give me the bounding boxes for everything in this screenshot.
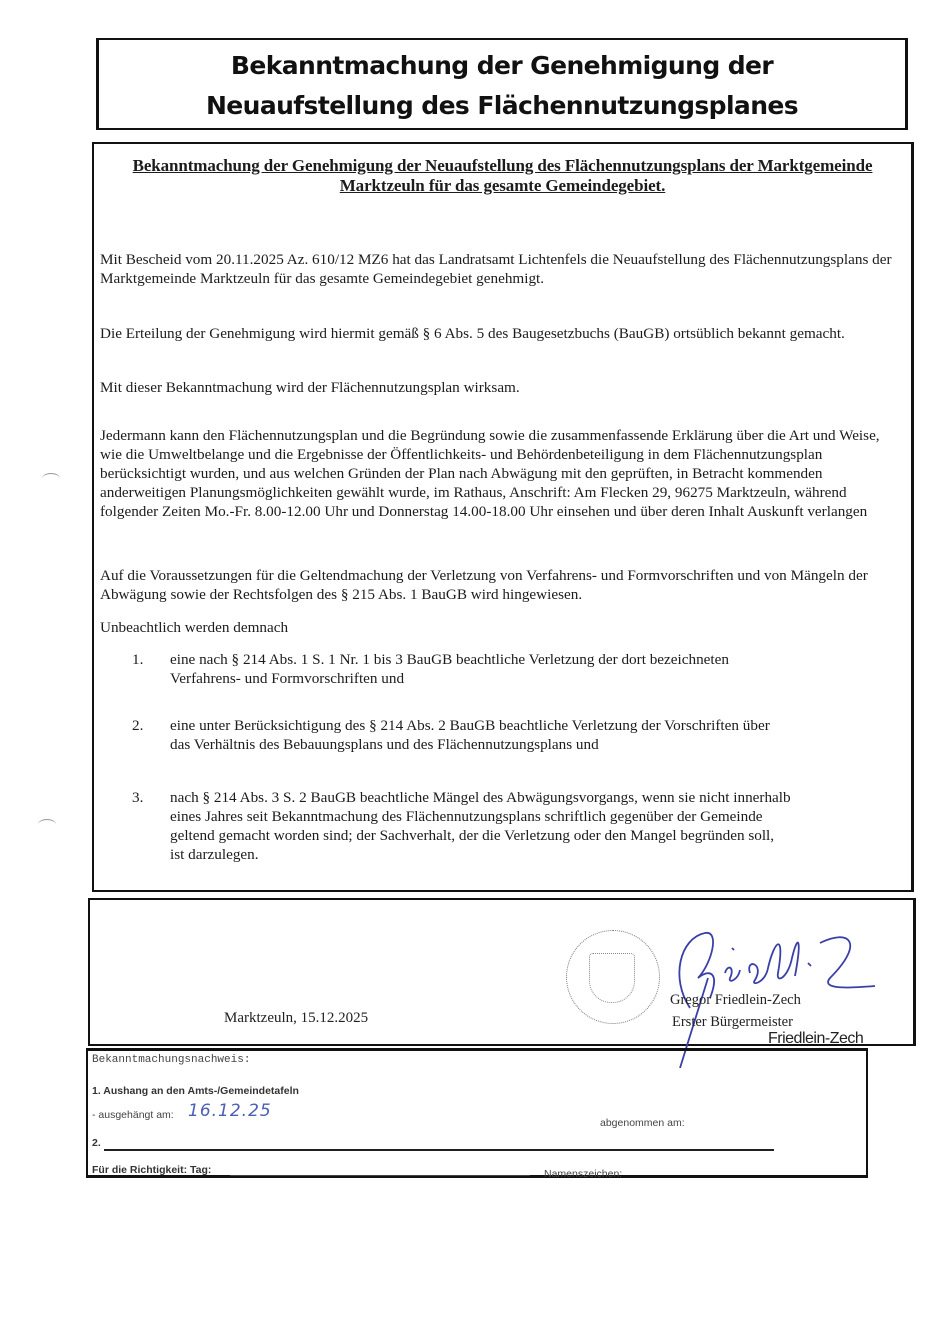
proof-item-2-label: 2. <box>92 1137 101 1149</box>
list-item-number: 2. <box>132 716 143 735</box>
signer-name-stamp: Friedlein-Zech <box>768 1030 863 1048</box>
punch-hole-mark-icon <box>42 473 60 484</box>
notice-heading: Bekanntmachung der Genehmigung der Neuau… <box>94 156 911 196</box>
document-title-box: Bekanntmachung der Genehmigung der Neuau… <box>96 38 908 130</box>
list-item-text: eine unter Berücksichtigung des § 214 Ab… <box>170 716 791 754</box>
paragraph-inspection: Jedermann kann den Flächennutzungsplan u… <box>100 426 897 521</box>
publication-proof-box: Bekanntmachungsnachweis: 1. Aushang an d… <box>86 1048 868 1178</box>
proof-item-1-label: 1. Aushang an den Amts-/Gemeindetafeln <box>92 1085 299 1097</box>
correctness-date-line <box>230 1175 530 1176</box>
posted-on-label: - ausgehängt am: <box>92 1109 174 1121</box>
paragraph-approval: Mit Bescheid vom 20.11.2025 Az. 610/12 M… <box>100 250 897 288</box>
list-item-text: nach § 214 Abs. 3 S. 2 BauGB beachtliche… <box>170 788 791 864</box>
signer-role: Erster Bürgermeister <box>672 1014 793 1031</box>
paragraph-effective: Mit dieser Bekanntmachung wird der Fläch… <box>100 378 897 397</box>
paragraph-publication: Die Erteilung der Genehmigung wird hierm… <box>100 324 897 343</box>
document-title-line-2: Neuaufstellung des Flächennutzungsplanes <box>99 86 905 126</box>
proof-item-2-line <box>104 1149 774 1151</box>
notice-body: Bekanntmachung der Genehmigung der Neuau… <box>92 142 914 892</box>
proof-title: Bekanntmachungsnachweis: <box>92 1054 250 1066</box>
list-item-text: eine nach § 214 Abs. 1 S. 1 Nr. 1 bis 3 … <box>170 650 791 688</box>
punch-hole-mark-icon <box>38 819 56 830</box>
list-item-number: 1. <box>132 650 143 669</box>
signer-name: Gregor Friedlein-Zech <box>670 992 801 1009</box>
taken-down-label: abgenommen am: <box>600 1117 685 1129</box>
list-item-number: 3. <box>132 788 143 807</box>
place-and-date: Marktzeuln, 15.12.2025 <box>224 1010 368 1027</box>
signature-block: Marktzeuln, 15.12.2025 Gregor Friedlein-… <box>88 898 916 1046</box>
initials-label: Namenszeichen: <box>544 1168 622 1180</box>
document-title-line-1: Bekanntmachung der Genehmigung der <box>99 46 905 86</box>
correctness-date-label: Für die Richtigkeit: Tag: <box>92 1164 211 1176</box>
paragraph-legal-notice: Auf die Voraussetzungen für die Geltendm… <box>100 566 897 604</box>
official-seal-icon <box>566 930 660 1024</box>
paragraph-irrelevant-intro: Unbeachtlich werden demnach <box>100 618 897 637</box>
posted-on-date: 16.12.25 <box>188 1101 272 1121</box>
